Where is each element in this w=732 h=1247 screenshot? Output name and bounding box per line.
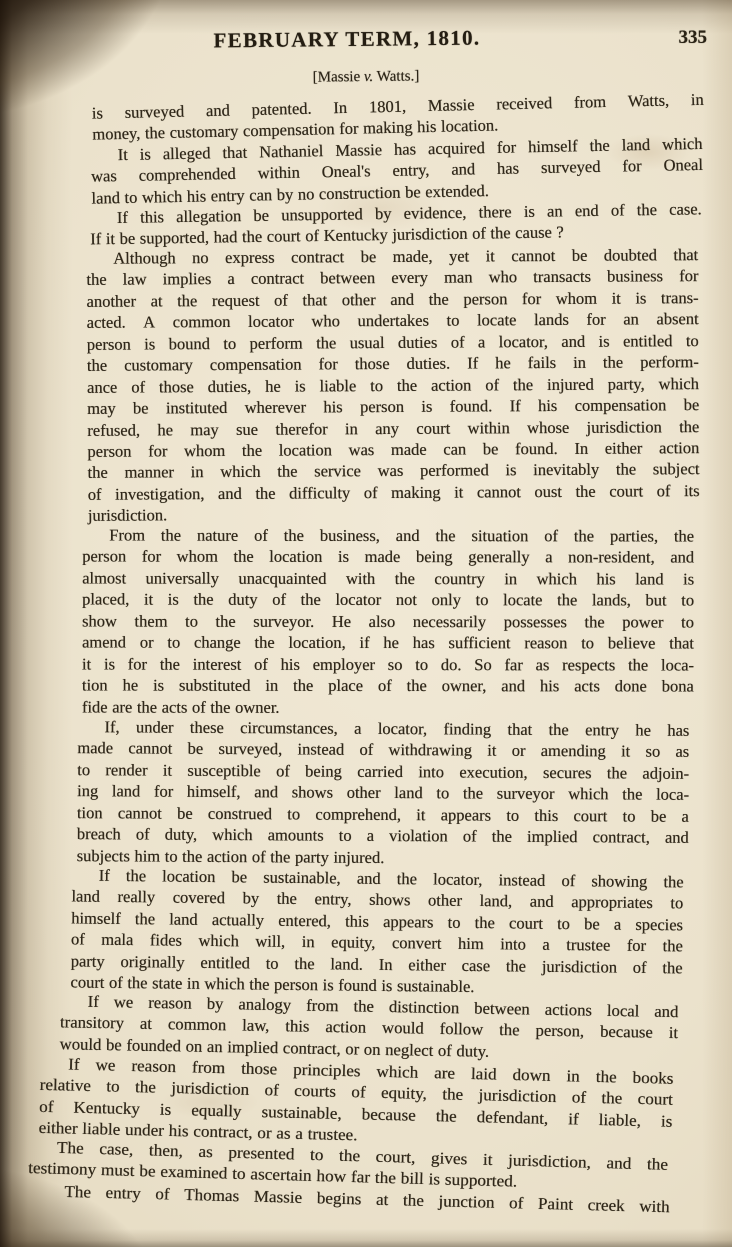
page-header: FEBRUARY TERM, 1810. xyxy=(0,23,694,55)
case-caption-suffix: Watts.] xyxy=(373,68,419,85)
paragraph-5: Fromthenatureofthebusiness,andthesituati… xyxy=(82,525,694,719)
paragraph-2: ItisallegedthatNathanielMassiehasacquire… xyxy=(90,134,703,210)
case-caption-prefix: [Massie xyxy=(313,69,364,86)
paragraph-4: Althoughnoexpresscontractbemade,yetitcan… xyxy=(86,245,700,527)
page-number: 335 xyxy=(679,27,708,49)
text-line: jurisdiction. xyxy=(88,502,700,527)
text-line: personforwhomthelocationismadebeinggener… xyxy=(82,547,694,570)
book-page-scan: FEBRUARY TERM, 1810. 335 [Massie v. Watt… xyxy=(0,0,732,1247)
text-line: Fromthenatureofthebusiness,andthesituati… xyxy=(82,525,694,548)
text-line: almostuniversallyunacquaintedwiththecoun… xyxy=(82,568,694,591)
term-title: FEBRUARY TERM, 1810. xyxy=(213,26,480,53)
text-line: fidearetheactsoftheowner. xyxy=(82,697,694,720)
text-line: tionheissubstitutedintheplaceoftheowner,… xyxy=(82,675,694,698)
case-caption: [Massie v. Watts.] xyxy=(0,65,732,91)
paragraph-3: Ifthisallegationbeunsupportedbyevidence,… xyxy=(90,200,703,252)
text-line: showthemtothesurveyor.Healsonecessarilyp… xyxy=(82,611,694,634)
text-line: itisfortheinterestofhisemployersotodo.So… xyxy=(82,654,694,677)
case-caption-versus: v. xyxy=(364,69,373,85)
text-block: issurveyedandpatented.In1801,Massierecei… xyxy=(80,97,692,1212)
paragraph-6: If,underthesecircumstances,alocator,find… xyxy=(77,717,690,871)
paragraph-7: Ifthelocationbesustainable,andthelocator… xyxy=(70,865,683,1001)
text-line: amendortochangethelocation,ifhehassuffic… xyxy=(82,632,694,655)
text-line: placed,itisthedutyofthelocatornotonlytol… xyxy=(82,590,694,613)
